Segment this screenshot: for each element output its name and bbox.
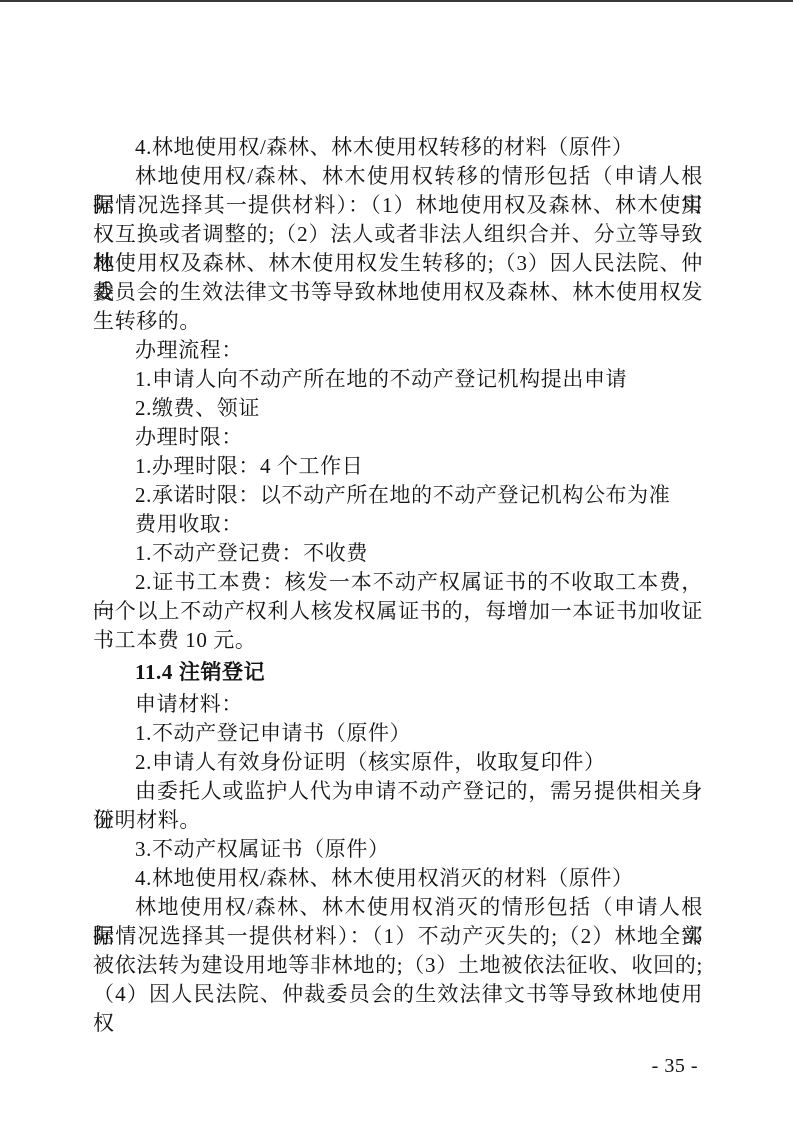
text-line: 2.证书工本费：核发一本不动产权属证书的不收取工本费，向 bbox=[93, 568, 703, 597]
page-number: - 35 - bbox=[652, 1055, 698, 1078]
text-line: 费用收取： bbox=[93, 510, 703, 539]
text-line: 一个以上不动产权利人核发权属证书的，每增加一本证书加收证 bbox=[93, 597, 703, 626]
text-line: 被依法转为建设用地等非林地的;（3）土地被依法征收、收回的; bbox=[93, 951, 703, 980]
scan-edge-line bbox=[0, 0, 793, 2]
text-line: 2.缴费、领证 bbox=[93, 394, 703, 423]
text-line: 林地使用权/森林、林木使用权转移的情形包括（申请人根据实 bbox=[93, 162, 703, 191]
text-line: 1.申请人向不动产所在地的不动产登记机构提出申请 bbox=[93, 365, 703, 394]
text-line: 2.承诺时限：以不动产所在地的不动产登记机构公布为准 bbox=[93, 481, 703, 510]
text-line: 权互换或者调整的;（2）法人或者非法人组织合并、分立等导致林 bbox=[93, 220, 703, 249]
text-line: 际情况选择其一提供材料）：（1）不动产灭失的;（2）林地全部 bbox=[93, 922, 703, 951]
text-line: 林地使用权/森林、林木使用权消灭的情形包括（申请人根据实 bbox=[93, 893, 703, 922]
text-line: 生转移的。 bbox=[93, 307, 703, 336]
text-line: 地使用权及森林、林木使用权发生转移的;（3）因人民法院、仲裁 bbox=[93, 249, 703, 278]
text-line: （4）因人民法院、仲裁委员会的生效法律文书等导致林地使用权 bbox=[93, 980, 703, 1009]
text-line: 委员会的生效法律文书等导致林地使用权及森林、林木使用权发 bbox=[93, 278, 703, 307]
document-page: 4.林地使用权/森林、林木使用权转移的材料（原件） 林地使用权/森林、林木使用权… bbox=[0, 0, 793, 1122]
text-line: 申请材料： bbox=[93, 690, 703, 719]
text-line: 证明材料。 bbox=[93, 806, 703, 835]
text-block: 4.林地使用权/森林、林木使用权转移的材料（原件） 林地使用权/森林、林木使用权… bbox=[93, 133, 703, 1009]
text-line: 1.不动产登记申请书（原件） bbox=[93, 719, 703, 748]
text-line: 办理时限： bbox=[93, 423, 703, 452]
text-line: 由委托人或监护人代为申请不动产登记的，需另提供相关身份 bbox=[93, 777, 703, 806]
text-line: 1.办理时限：4 个工作日 bbox=[93, 452, 703, 481]
text-line: 4.林地使用权/森林、林木使用权消灭的材料（原件） bbox=[93, 864, 703, 893]
text-line: 1.不动产登记费：不收费 bbox=[93, 539, 703, 568]
section-heading: 11.4 注销登记 bbox=[93, 658, 703, 687]
text-line: 办理流程： bbox=[93, 336, 703, 365]
text-line: 书工本费 10 元。 bbox=[93, 626, 703, 655]
text-line: 3.不动产权属证书（原件） bbox=[93, 835, 703, 864]
text-line: 2.申请人有效身份证明（核实原件，收取复印件） bbox=[93, 748, 703, 777]
text-line: 4.林地使用权/森林、林木使用权转移的材料（原件） bbox=[93, 133, 703, 162]
text-line: 际情况选择其一提供材料）：（1）林地使用权及森林、林木使用 bbox=[93, 191, 703, 220]
